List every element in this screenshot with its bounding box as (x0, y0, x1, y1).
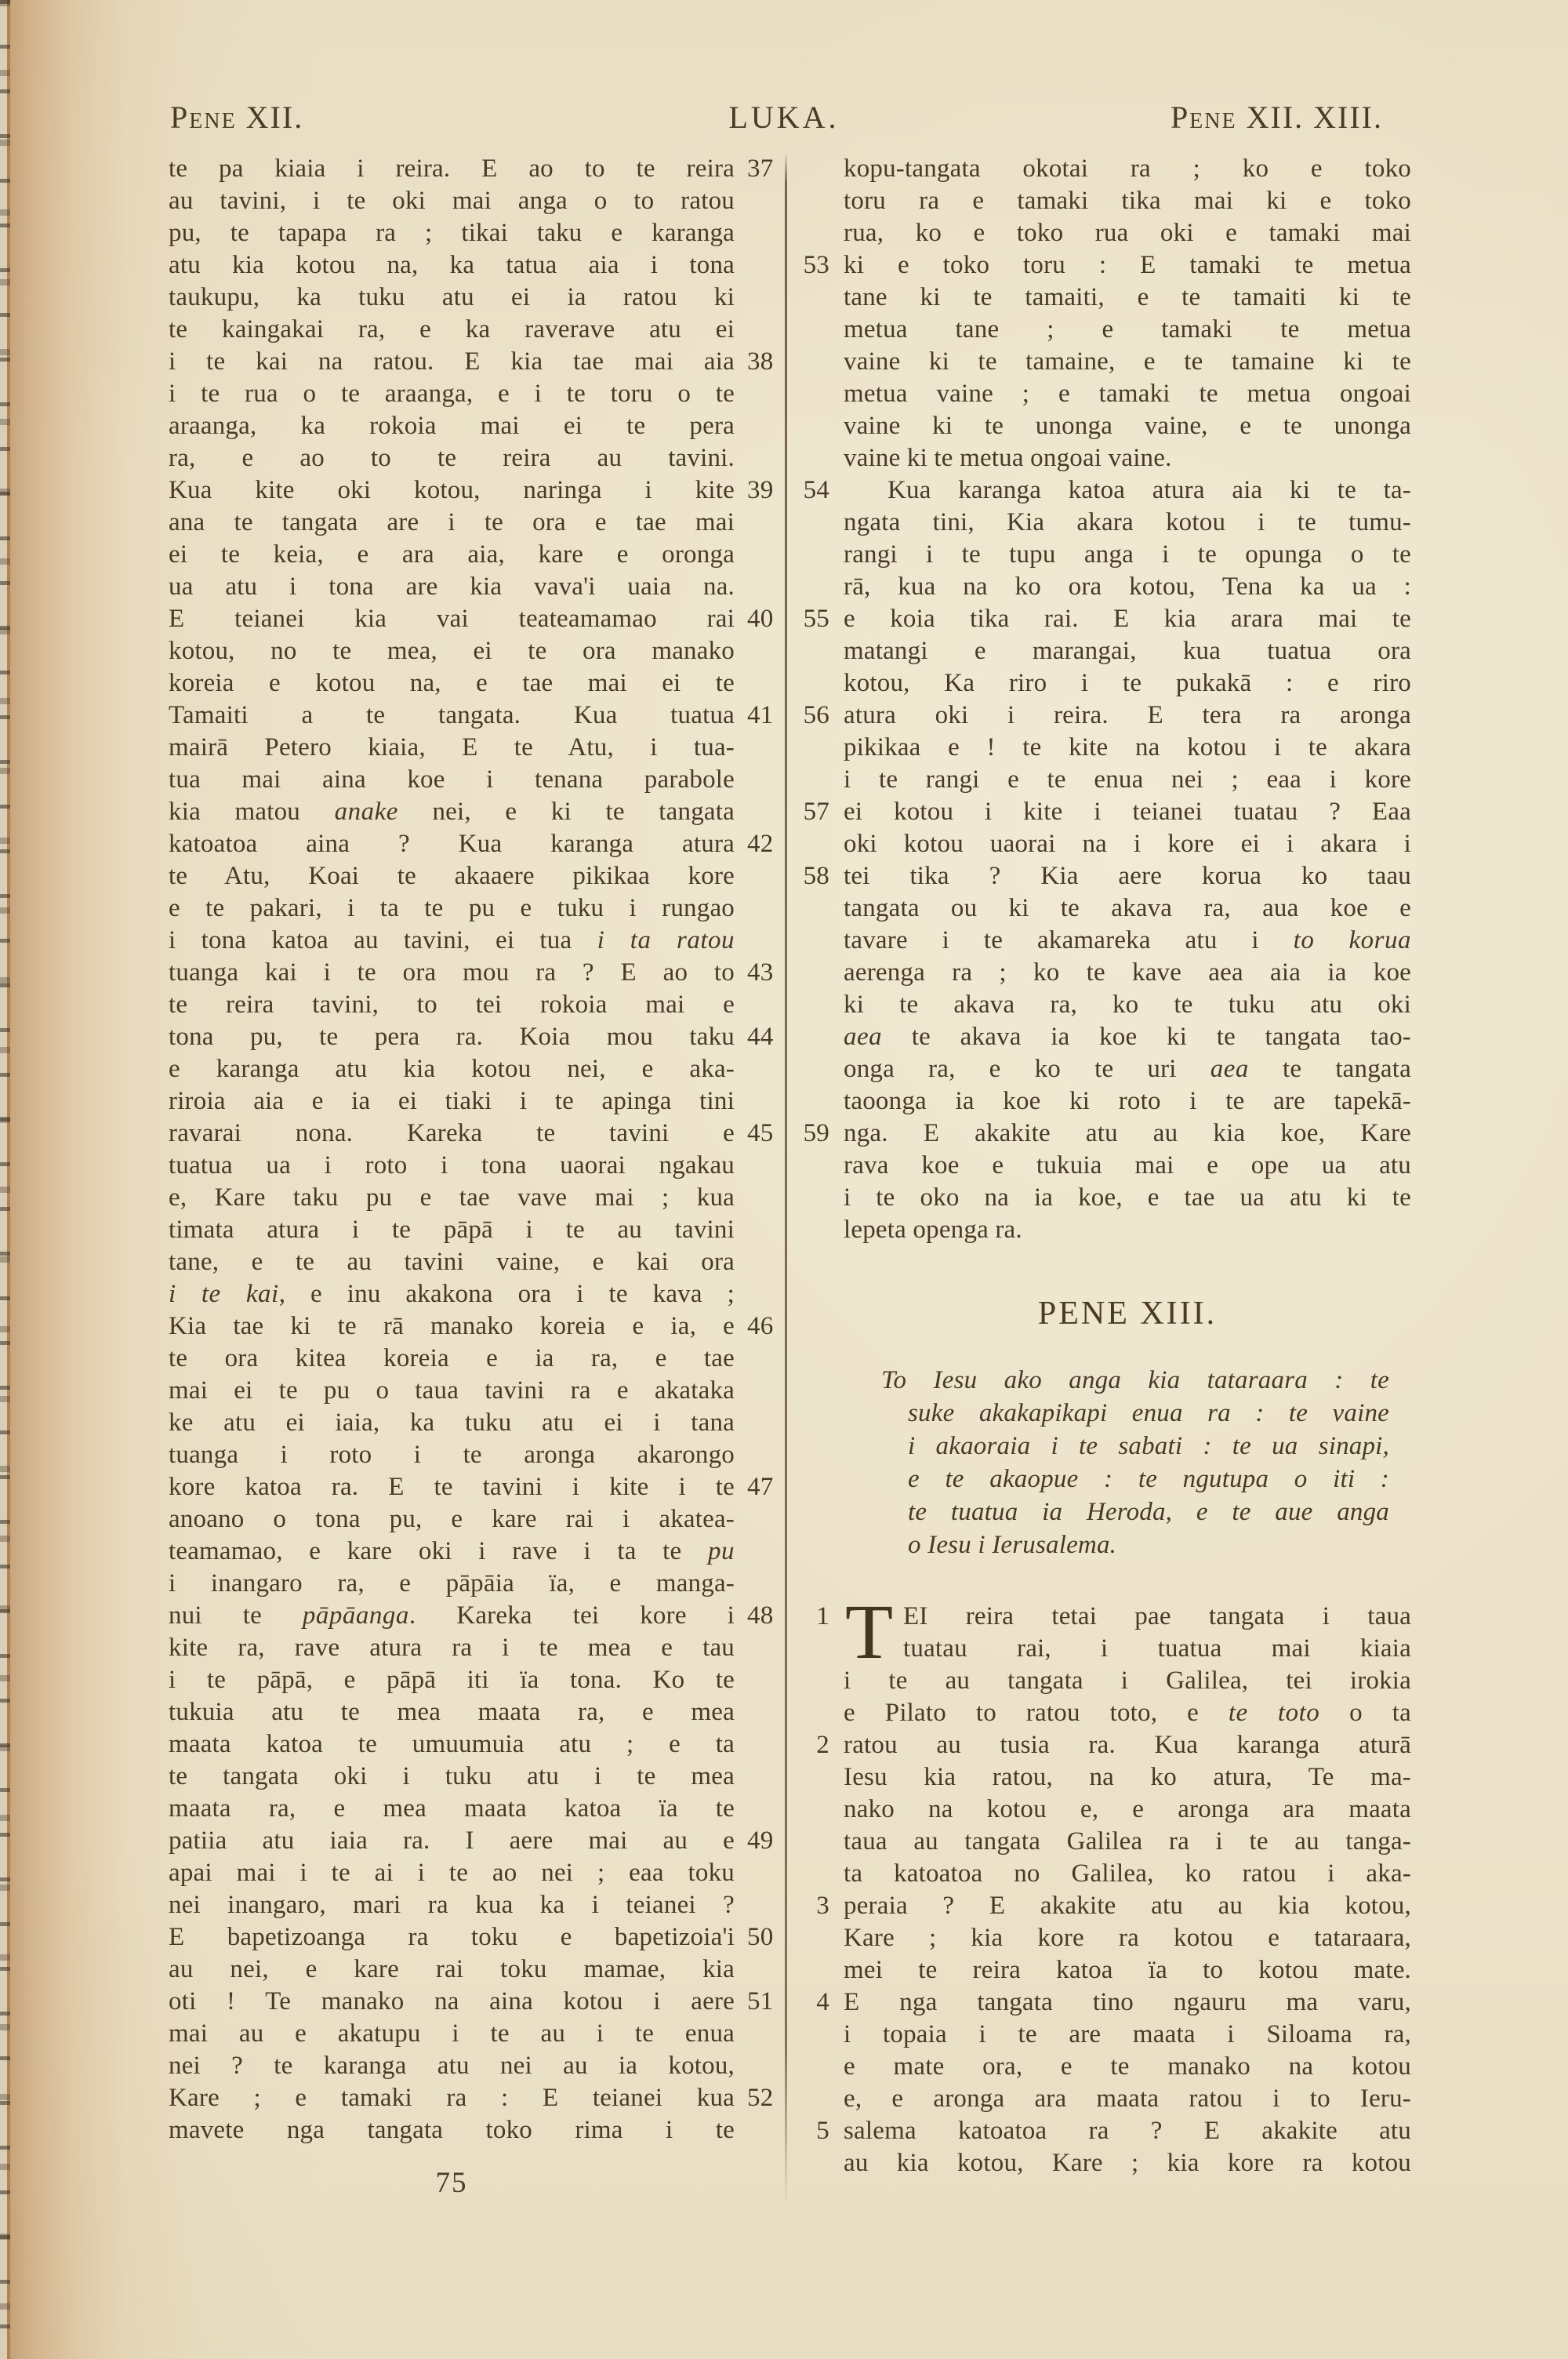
verse-line: tane, e te au tavini vaine, e kai ora (169, 1246, 735, 1278)
chapter-summary: To Iesu ako anga kia tataraara : tesuke … (881, 1364, 1389, 1561)
verse-line: kore katoa ra. E te tavini i kite i te47 (169, 1471, 735, 1503)
verse-line: ravarai nona. Kareka te tavini e45 (169, 1118, 735, 1150)
verse-line: i te rangi e te enua nei ; eaa i kore (844, 764, 1411, 796)
verse-line: mai ei te pu o taua tavini ra e akataka (169, 1375, 735, 1407)
verse-line: aerenga ra ; ko te kave aea aia ia koe (844, 957, 1411, 989)
verse-line: te pa kiaia i reira. E ao to te reira37 (169, 153, 735, 185)
verse-line: vaine ki te metua ongoai vaine. (844, 442, 1411, 474)
verse-line: ki te akava ra, ko te tuku atu oki (844, 989, 1411, 1021)
previous-page-edge (0, 0, 10, 2359)
verse-number: 1 (816, 1601, 829, 1633)
verse-line: e te pakari, i ta te pu e tuku i rungao (169, 892, 735, 925)
verse-line: Kare ; kia kore ra kotou e tataraara, (844, 1922, 1411, 1954)
verse-number: 49 (747, 1825, 773, 1857)
verse-line: EI reira tetai pae tangata i taua1 (844, 1601, 1411, 1633)
verse-line: taukupu, ka tuku atu ei ia ratou ki (169, 282, 735, 314)
verse-line: i te rua o te araanga, e i te toru o te (169, 378, 735, 410)
verse-line: ratou au tusia ra. Kua karanga aturā2 (844, 1729, 1411, 1761)
verse-line: e, Kare taku pu e tae vave mai ; kua (169, 1182, 735, 1214)
verse-line: tuatau rai, i tuatua mai kiaia (844, 1633, 1411, 1665)
verse-number: 54 (804, 474, 829, 507)
verse-line: tona pu, te pera ra. Koia mou taku44 (169, 1021, 735, 1053)
verse-line: ei kotou i kite i teianei tuatau ? Eaa57 (844, 796, 1411, 828)
verse-line: toru ra e tamaki tika mai ki e toko (844, 185, 1411, 217)
verse-line: metua tane ; e tamaki te metua (844, 314, 1411, 346)
verse-line: rua, ko e toko rua oki e tamaki mai (844, 217, 1411, 249)
verse-number: 2 (816, 1729, 829, 1761)
verse-line: i topaia i te are maata i Siloama ra, (844, 2019, 1411, 2051)
verse-line: oki kotou uaorai na i kore ei i akara i (844, 828, 1411, 860)
chapter13-text: T EI reira tetai pae tangata i taua1tuat… (844, 1601, 1411, 2179)
chapter12-continuation: kopu-tangata okotai ra ; ko e tokotoru r… (844, 153, 1411, 1246)
verse-line: Kua karanga katoa atura aia ki te ta-54 (844, 474, 1411, 507)
verse-line: te Atu, Koai te akaaere pikikaa kore (169, 860, 735, 892)
verse-line: tuatua ua i roto i tona uaorai ngakau (169, 1150, 735, 1182)
verse-line: i inangaro ra, e pāpāia ïa, e manga- (169, 1568, 735, 1600)
verse-line: te ora kitea koreia e ia ra, e tae (169, 1343, 735, 1375)
verse-line: ana te tangata are i te ora e tae mai (169, 507, 735, 539)
verse-line: i te oko na ia koe, e tae ua atu ki te (844, 1182, 1411, 1214)
running-head-book-title: LUKA. (690, 97, 878, 138)
verse-line: nako na kotou e, e aronga ara maata (844, 1794, 1411, 1826)
verse-number: 4 (816, 1986, 829, 2019)
verse-number: 52 (747, 2082, 773, 2114)
verse-line: i tona katoa au tavini, ei tua i ta rato… (169, 925, 735, 957)
verse-line: teamamao, e kare oki i rave i ta te pu (169, 1536, 735, 1568)
verse-line: Tamaiti a te tangata. Kua tuatua41 (169, 700, 735, 732)
verse-line: nga. E akakite atu au kia koe, Kare59 (844, 1118, 1411, 1150)
verse-number: 45 (747, 1118, 773, 1150)
verse-line: rā, kua na ko ora kotou, Tena ka ua : (844, 571, 1411, 603)
verse-line: Iesu kia ratou, na ko atura, Te ma- (844, 1761, 1411, 1794)
page-number: 75 (169, 2166, 735, 2200)
verse-line: suke akakapikapi enua ra : te vaine (881, 1397, 1389, 1430)
verse-line: ra, e ao to te reira au tavini. (169, 442, 735, 474)
verse-number: 41 (747, 700, 773, 732)
verse-line: e mate ora, e te manako na kotou (844, 2051, 1411, 2083)
verse-number: 59 (804, 1118, 829, 1150)
verse-line: te reira tavini, to tei rokoia mai e (169, 989, 735, 1021)
verse-line: e karanga atu kia kotou nei, e aka- (169, 1053, 735, 1085)
verse-number: 38 (747, 346, 773, 378)
verse-line: kia matou anake nei, e ki te tangata (169, 796, 735, 828)
verse-line: mei te reira katoa ïa to kotou mate. (844, 1954, 1411, 1986)
verse-line: maata katoa te umuumuia atu ; e ta (169, 1728, 735, 1761)
verse-number: 56 (804, 700, 829, 732)
verse-line: tei tika ? Kia aere korua ko taau58 (844, 860, 1411, 892)
verse-line: tua mai aina koe i tenana parabole (169, 764, 735, 796)
verse-line: ua atu i tona are kia vava'i uaia na. (169, 571, 735, 603)
verse-line: patiia atu iaia ra. I aere mai au e49 (169, 1825, 735, 1857)
verse-line: te kaingakai ra, e ka raverave atu ei (169, 314, 735, 346)
verse-line: e Pilato to ratou toto, e te toto o ta (844, 1697, 1411, 1729)
verse-line: i te kai, e inu akakona ora i te kava ; (169, 1278, 735, 1310)
verse-line: ke atu ei iaia, ka tuku atu ei i tana (169, 1407, 735, 1439)
verse-line: au nei, e kare rai toku mamae, kia (169, 1954, 735, 1986)
verse-number: 46 (747, 1310, 773, 1343)
verse-line: pikikaa e ! te kite na kotou i te akara (844, 732, 1411, 764)
running-head-right: Pene XII. XIII. (1171, 97, 1383, 138)
verse-line: salema katoatoa ra ? E akakite atu5 (844, 2115, 1411, 2147)
verse-line: e, e aronga ara maata ratou i to Ieru- (844, 2083, 1411, 2115)
verse-number: 58 (804, 860, 829, 892)
verse-line: E nga tangata tino ngauru ma varu,4 (844, 1986, 1411, 2019)
verse-line: E teianei kia vai teateamamao rai40 (169, 603, 735, 635)
verse-line: tukuia atu te mea maata ra, e mea (169, 1696, 735, 1728)
right-text-column: kopu-tangata okotai ra ; ko e tokotoru r… (844, 153, 1411, 2179)
verse-line: kotou, Ka riro i te pukakā : e riro (844, 667, 1411, 700)
chapter-heading: PENE XIII. (844, 1295, 1411, 1332)
verse-line: mairā Petero kiaia, E te Atu, i tua- (169, 732, 735, 764)
verse-line: tangata ou ki te akava ra, aua koe e (844, 892, 1411, 925)
verse-line: katoatoa aina ? Kua karanga atura42 (169, 828, 735, 860)
verse-line: taua au tangata Galilea ra i te au tanga… (844, 1826, 1411, 1858)
verse-number: 57 (804, 796, 829, 828)
verse-number: 37 (747, 153, 773, 185)
verse-line: Kia tae ki te rā manako koreia e ia, e46 (169, 1310, 735, 1343)
verse-line: kotou, no te mea, ei te ora manako (169, 635, 735, 667)
verse-line: E bapetizoanga ra toku e bapetizoia'i50 (169, 1921, 735, 1954)
verse-line: i te kai na ratou. E kia tae mai aia38 (169, 346, 735, 378)
verse-line: e koia tika rai. E kia arara mai te55 (844, 603, 1411, 635)
verse-line: rangi i te tupu anga i te opunga o te (844, 539, 1411, 571)
verse-line: Kua kite oki kotou, naringa i kite39 (169, 474, 735, 507)
verse-line: mai au e akatupu i te au i te enua (169, 2018, 735, 2050)
verse-line: metua vaine ; e tamaki te metua ongoai (844, 378, 1411, 410)
verse-line: nei ? te karanga atu nei au ia kotou, (169, 2050, 735, 2082)
verse-number: 3 (816, 1890, 829, 1922)
verse-number: 43 (747, 957, 773, 989)
verse-number: 51 (747, 1986, 773, 2018)
verse-line: pu, te tapapa ra ; tikai taku e karanga (169, 217, 735, 249)
verse-line: Kare ; e tamaki ra : E teianei kua52 (169, 2082, 735, 2114)
verse-number: 42 (747, 828, 773, 860)
verse-line: matangi e marangai, kua tuatua ora (844, 635, 1411, 667)
verse-number: 55 (804, 603, 829, 635)
verse-line: te tangata oki i tuku atu i te mea (169, 1761, 735, 1793)
verse-number: 47 (747, 1471, 773, 1503)
verse-line: tuanga i roto i te aronga akarongo (169, 1439, 735, 1471)
verse-line: atu kia kotou na, ka tatua aia i tona (169, 249, 735, 282)
verse-line: timata atura i te pāpā i te au tavini (169, 1214, 735, 1246)
verse-line: rava koe e tukuia mai e ope ua atu (844, 1150, 1411, 1182)
left-text-column: te pa kiaia i reira. E ao to te reira37a… (169, 153, 735, 2146)
verse-line: anoano o tona pu, e kare rai i akatea- (169, 1503, 735, 1536)
verse-number: 48 (747, 1600, 773, 1632)
verse-line: lepeta openga ra. (844, 1214, 1411, 1246)
verse-number: 5 (816, 2115, 829, 2147)
verse-number: 50 (747, 1921, 773, 1954)
verse-line: ki e toko toru : E tamaki te metua53 (844, 249, 1411, 282)
verse-number: 40 (747, 603, 773, 635)
verse-line: vaine ki te unonga vaine, e te unonga (844, 410, 1411, 442)
column-divider-rule (785, 152, 787, 2207)
verse-line: maata ra, e mea maata katoa ïa te (169, 1793, 735, 1825)
verse-line: ei te keia, e ara aia, kare e oronga (169, 539, 735, 571)
verse-line: aea te akava ia koe ki te tangata tao- (844, 1021, 1411, 1053)
verse-number: 53 (804, 249, 829, 282)
verse-line: koreia e kotou na, e tae mai ei te (169, 667, 735, 700)
verse-line: onga ra, e ko te uri aea te tangata (844, 1053, 1411, 1085)
verse-line: kite ra, rave atura ra i te mea e tau (169, 1632, 735, 1664)
verse-line: nei inangaro, mari ra kua ka i teianei ? (169, 1889, 735, 1921)
verse-line: kopu-tangata okotai ra ; ko e toko (844, 153, 1411, 185)
book-page: Pene XII. LUKA. Pene XII. XIII. te pa ki… (0, 0, 1568, 2359)
verse-line: mavete nga tangata toko rima i te (169, 2114, 735, 2146)
verse-line: i te au tangata i Galilea, tei irokia (844, 1665, 1411, 1697)
verse-number: 39 (747, 474, 773, 507)
verse-number: 44 (747, 1021, 773, 1053)
running-head-left: Pene XII. (170, 97, 303, 138)
verse-line: tuanga kai i te ora mou ra ? E ao to43 (169, 957, 735, 989)
verse-line: e te akaopue : te ngutupa o iti : (881, 1463, 1389, 1496)
verse-line: araanga, ka rokoia mai ei te pera (169, 410, 735, 442)
verse-line: atura oki i reira. E tera ra aronga56 (844, 700, 1411, 732)
verse-line: peraia ? E akakite atu au kia kotou,3 (844, 1890, 1411, 1922)
verse-line: ta katoatoa no Galilea, ko ratou i aka- (844, 1858, 1411, 1890)
verse-line: o Iesu i Ierusalema. (881, 1528, 1389, 1561)
verse-line: i akaoraia i te sabati : te ua sinapi, (881, 1430, 1389, 1463)
verse-line: riroia aia e ia ei tiaki i te apinga tin… (169, 1085, 735, 1118)
verse-line: ngata tini, Kia akara kotou i te tumu- (844, 507, 1411, 539)
verse-line: au tavini, i te oki mai anga o to ratou (169, 185, 735, 217)
verse-line: vaine ki te tamaine, e te tamaine ki te (844, 346, 1411, 378)
verse-line: To Iesu ako anga kia tataraara : te (881, 1364, 1389, 1397)
verse-line: taoonga ia koe ki roto i te are tapekā- (844, 1085, 1411, 1118)
verse-line: oti ! Te manako na aina kotou i aere51 (169, 1986, 735, 2018)
verse-line: nui te pāpāanga. Kareka tei kore i48 (169, 1600, 735, 1632)
verse-line: au kia kotou, Kare ; kia kore ra kotou (844, 2147, 1411, 2179)
verse-line: i te pāpā, e pāpā iti ïa tona. Ko te (169, 1664, 735, 1696)
verse-line: tavare i te akamareka atu i to korua (844, 925, 1411, 957)
verse-line: te tuatua ia Heroda, e te aue anga (881, 1496, 1389, 1528)
verse-line: apai mai i te ai i te ao nei ; eaa toku (169, 1857, 735, 1889)
verse-line: tane ki te tamaiti, e te tamaiti ki te (844, 282, 1411, 314)
